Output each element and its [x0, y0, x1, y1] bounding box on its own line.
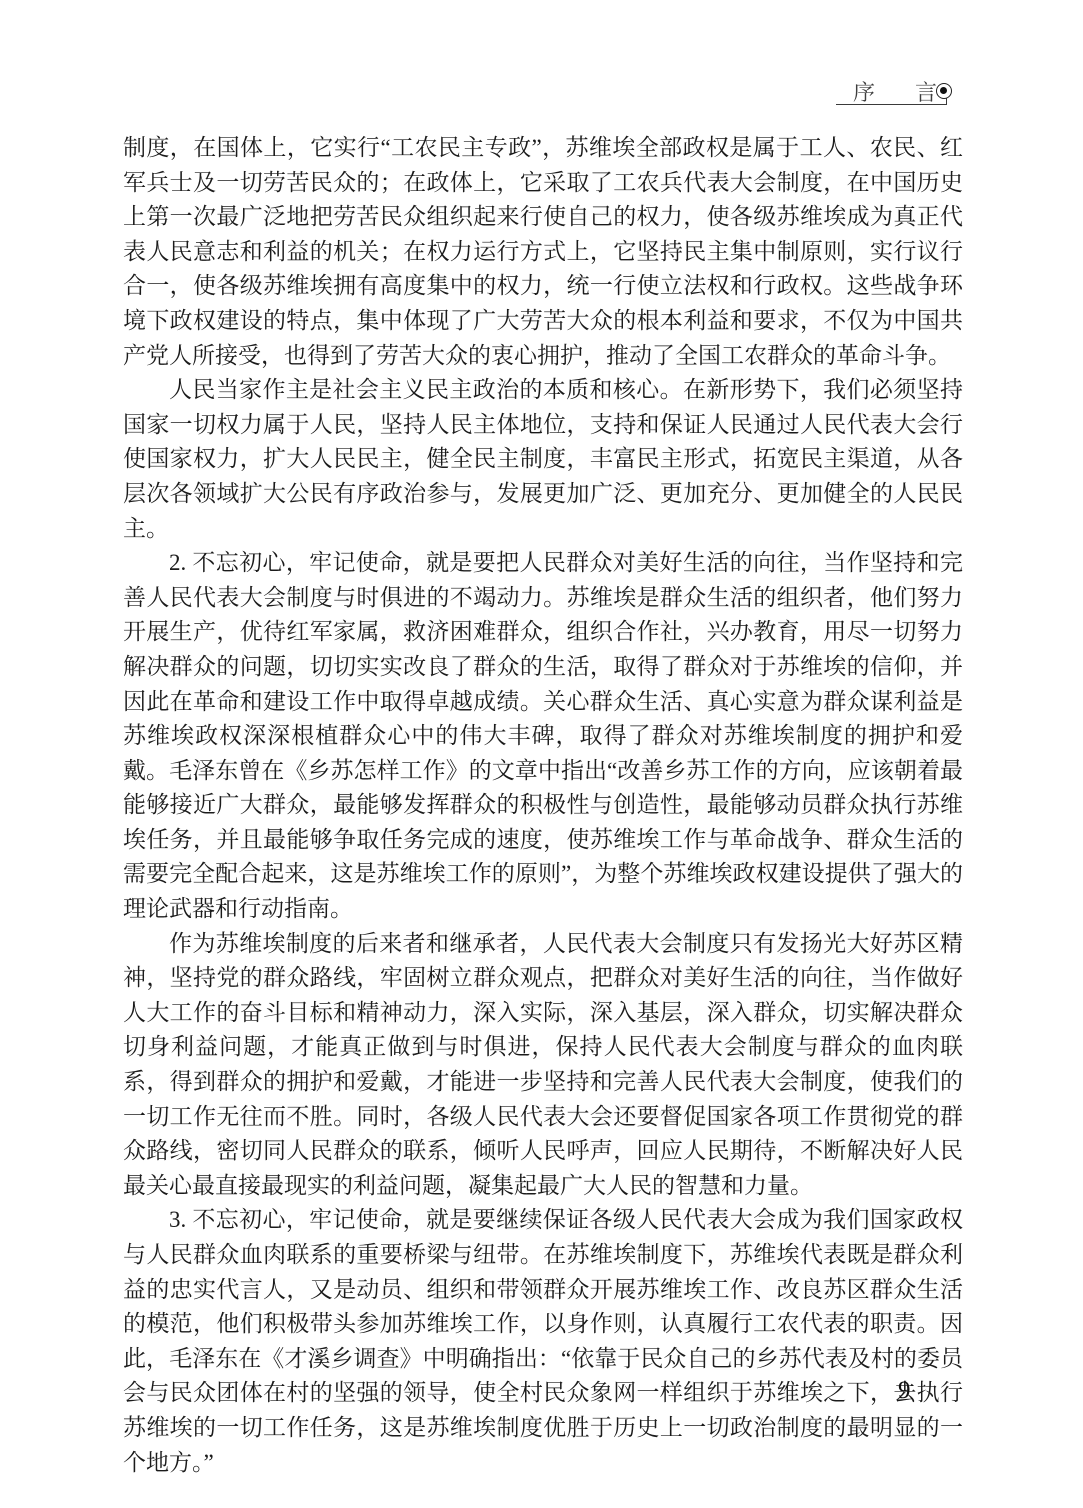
paragraph-numbered-2: 2. 不忘初心，牢记使命，就是要把人民群众对美好生活的向往，当作坚持和完善人民代…: [123, 546, 963, 927]
paragraph: 作为苏维埃制度的后来者和继承者，人民代表大会制度只有发扬光大好苏区精神，坚持党的…: [123, 927, 963, 1204]
circle-dot-icon-center: [940, 87, 947, 94]
page-body: 制度，在国体上，它实行“工农民主专政”，苏维埃全部政权是属于工人、农民、红军兵士…: [123, 131, 963, 1480]
paragraph-continuation: 制度，在国体上，它实行“工农民主专政”，苏维埃全部政权是属于工人、农民、红军兵士…: [123, 131, 963, 373]
book-page: 序 言 制度，在国体上，它实行“工农民主专政”，苏维埃全部政权是属于工人、农民、…: [0, 0, 1083, 1508]
paragraph-numbered-3: 3. 不忘初心，牢记使命，就是要继续保证各级人民代表大会成为我们国家政权与人民群…: [123, 1203, 963, 1480]
paragraph: 人民当家作主是社会主义民主政治的本质和核心。在新形势下，我们必须坚持国家一切权力…: [123, 373, 963, 546]
page-number: 9: [898, 1377, 911, 1405]
circle-dot-icon: [936, 83, 952, 99]
running-head-title: 序 言: [853, 76, 946, 107]
